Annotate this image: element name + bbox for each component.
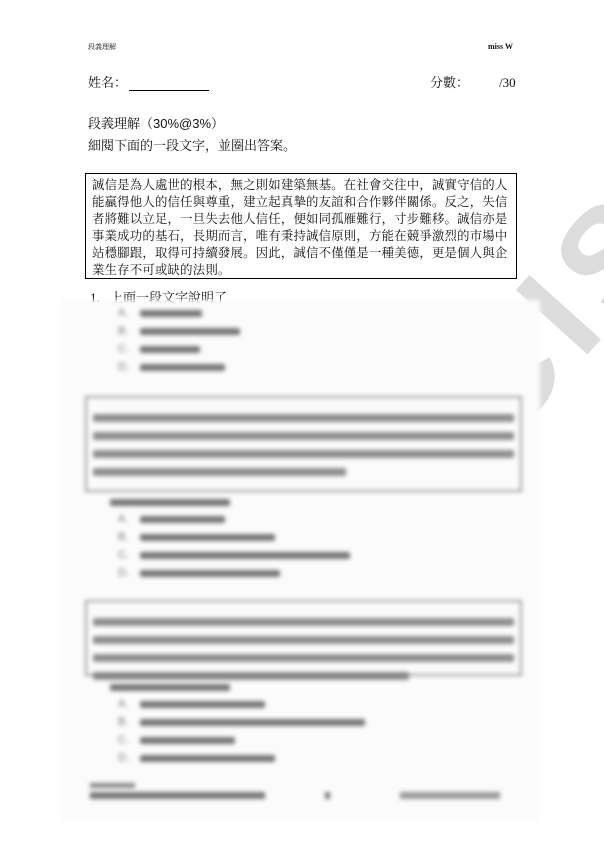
score-label: 分數： — [430, 75, 469, 90]
instruction-text: 細閱下面的一段文字，並圈出答案。 — [88, 135, 296, 154]
worksheet-page: PRECISE 段義理解 miss W 姓名： 分數：/30 段義理解（30%@… — [0, 0, 604, 850]
option-c[interactable]: C. — [118, 734, 235, 746]
score-total: /30 — [499, 75, 516, 90]
question-3 — [90, 680, 230, 693]
passage-box-1: 誠信是為人處世的根本，無之則如建築無基。在社會交往中，誠實守信的人能贏得他人的信… — [85, 173, 517, 279]
option-c[interactable]: C. — [118, 549, 350, 561]
score-field: 分數：/30 — [430, 72, 516, 91]
option-b[interactable]: B. — [118, 325, 240, 337]
passage-box-3 — [85, 600, 522, 676]
option-a[interactable]: A. — [118, 307, 202, 319]
option-d[interactable]: D. — [118, 361, 225, 373]
option-b[interactable]: B. — [118, 531, 275, 543]
footer — [90, 783, 540, 800]
section-title: 段義理解（30%@3%） — [88, 113, 224, 132]
option-a[interactable]: A. — [118, 698, 265, 710]
option-d[interactable]: D. — [118, 752, 275, 764]
header-title: 段義理解 — [88, 42, 116, 52]
option-d[interactable]: D. — [118, 567, 280, 579]
header-teacher: miss W — [488, 42, 513, 51]
passage-box-2 — [85, 396, 522, 492]
name-blank-line[interactable] — [129, 78, 209, 91]
option-c[interactable]: C. — [118, 343, 200, 355]
question-2 — [90, 495, 230, 508]
name-field: 姓名： — [88, 72, 209, 91]
option-a[interactable]: A. — [118, 513, 225, 525]
name-label: 姓名： — [88, 75, 127, 90]
option-b[interactable]: B. — [118, 716, 365, 728]
blurred-content: A. B. C. D. A. B. C. D. A. B. C. D. — [60, 300, 540, 820]
